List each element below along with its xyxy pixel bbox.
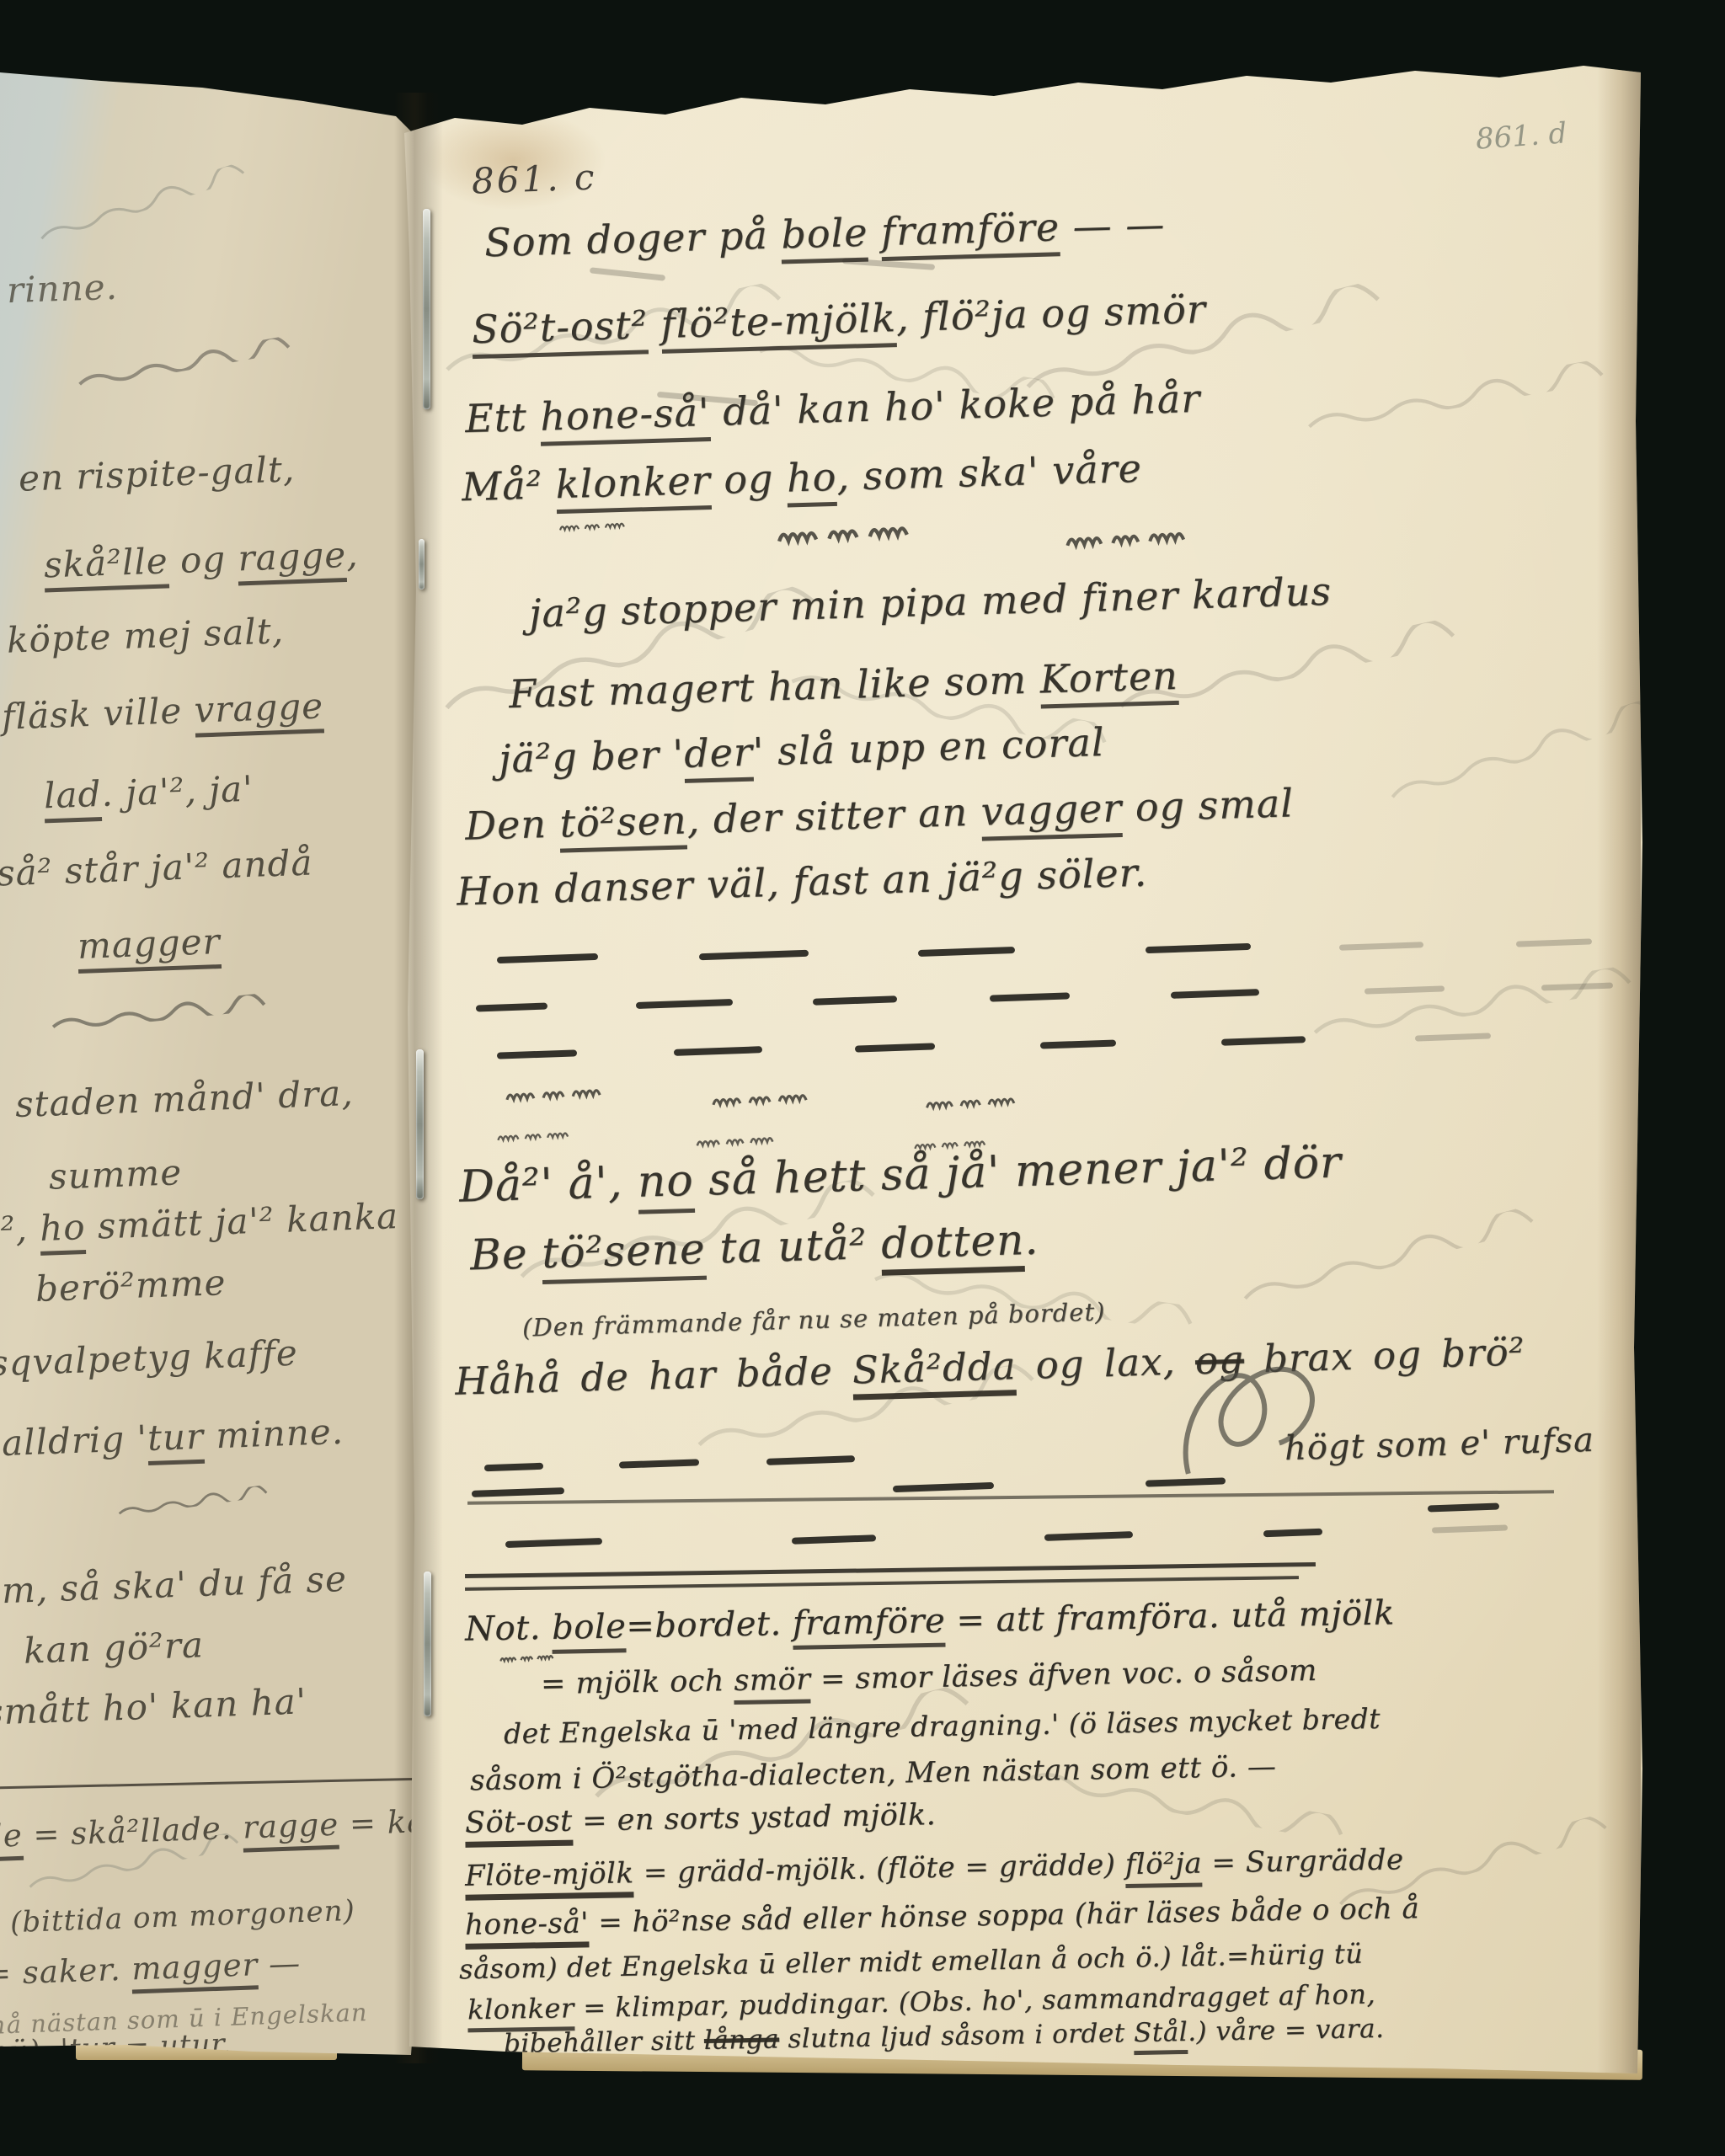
text-segment: = hö²nse såd eller hönse soppa (här läse… — [589, 1892, 1420, 1940]
manuscript-line: hem, så ska' du få se — [0, 1558, 348, 1613]
note-line: = mjölk och smör = smor läses äfven voc.… — [541, 1654, 1317, 1701]
underlined-word: magger — [77, 921, 221, 974]
underlined-word: no — [637, 1155, 695, 1214]
underlined-word: tö²sene — [542, 1225, 707, 1284]
underlined-word: vagger — [980, 785, 1123, 841]
note-line: hone-så' = hö²nse såd eller hönse soppa … — [465, 1892, 1420, 1942]
dash-mark — [792, 1534, 876, 1544]
manuscript-line: jä²g ber 'der' slå upp en coral — [498, 719, 1105, 782]
page-number-left: 861. c — [471, 156, 597, 201]
text-segment: . — [1023, 1215, 1039, 1264]
underlined-word: dotten — [880, 1215, 1025, 1276]
manuscript-line: Ett hone-så' då' kan ho' koke på hår — [464, 376, 1200, 441]
manuscript-line: summe — [48, 1151, 183, 1197]
squiggle-mark — [505, 1082, 607, 1103]
underlined-word: vragge — [194, 685, 324, 737]
text-segment: Ett — [464, 394, 541, 441]
underlined-word: ragge — [238, 534, 348, 585]
text-segment: , — [345, 533, 359, 574]
text-segment: og — [710, 456, 788, 504]
dash-mark — [636, 999, 733, 1009]
manuscript-line: Som doger på bole framföre — — — [483, 201, 1166, 266]
text-segment: ta utå² — [705, 1219, 882, 1273]
divider-rule — [467, 1490, 1554, 1505]
text-segment: (bittida om morgonen) — [9, 1894, 355, 1940]
manuscript-line: Håhå de har både Skå²dda og lax, og brax… — [455, 1329, 1526, 1403]
text-segment: så hett så jå' mener ja'² dör — [693, 1137, 1343, 1205]
struck-word: långa — [704, 2024, 780, 2056]
underlined-word: smör — [734, 1662, 811, 1705]
squiggle-mark — [499, 1652, 557, 1663]
dash-mark — [699, 950, 809, 961]
text-segment: slutna ljud såsom i ordet — [779, 2018, 1135, 2054]
text-segment: og smal — [1121, 780, 1294, 830]
manuscript-line: Den tö²sen, der sitter an vagger og smal — [464, 780, 1294, 848]
underlined-word: flö²te-mjölk — [660, 295, 897, 354]
underlined-word: lle — [0, 1817, 24, 1862]
dash-mark — [813, 995, 897, 1005]
manuscript-line: Må² klonker og ho, som ska' våre — [461, 446, 1142, 510]
dash-mark — [505, 1538, 602, 1548]
note-line: såsom) det Engelska ū eller midt emellan… — [459, 1938, 1364, 1986]
manuscript-line: Hon danser väl, fast an jä²g söler. — [456, 850, 1147, 915]
underlined-word: ragge — [242, 1806, 339, 1853]
dash-mark — [497, 1049, 577, 1059]
underlined-word: ho — [786, 454, 837, 508]
dash-mark — [1365, 985, 1445, 994]
text-segment: hem, så ska' du få se — [0, 1558, 348, 1613]
text-segment: = Surgrädde — [1202, 1843, 1404, 1880]
squiggle-mark — [712, 1087, 814, 1108]
manuscript-line: staden månd' dra, — [14, 1072, 354, 1125]
text-segment: Då²' å', — [458, 1157, 638, 1213]
manuscript-line: berö²mme — [35, 1262, 227, 1310]
text-segment: ' slå upp en coral — [752, 719, 1105, 775]
text-segment: = en sorts ystad mjölk. — [572, 1798, 936, 1838]
note-line: det Engelska ū 'med längre dragning.' (ö… — [504, 1702, 1381, 1750]
dash-mark — [893, 1482, 994, 1492]
text-segment: smått ho' kan ha' — [0, 1680, 307, 1732]
text-segment: ja²g stopper min pipa med finer kardus — [528, 568, 1332, 637]
dash-mark — [1428, 1503, 1499, 1513]
dash-mark — [766, 1455, 855, 1465]
staple-pin — [424, 1572, 431, 1716]
manuscript-line: kan gö²ra — [23, 1624, 205, 1671]
manuscript-line: rinne. — [6, 266, 118, 312]
pencil-squiggle-mark — [51, 992, 270, 1032]
divider-rule — [0, 1778, 430, 1790]
text-segment: smätt ja'² kanka — [85, 1195, 399, 1247]
underlined-word: tö²sen — [559, 797, 688, 852]
text-segment: å'², — [0, 1208, 40, 1251]
text-segment: og — [168, 537, 239, 581]
underlined-word: Stål — [1134, 2017, 1188, 2055]
text-segment: = grädd-mjölk. (flöte = grädde) — [633, 1848, 1125, 1890]
squiggle-mark — [1065, 524, 1192, 551]
dash-mark — [484, 1463, 543, 1471]
text-segment: Be — [469, 1229, 542, 1279]
scanned-manuscript-page: { "labels": { "page_left": "861. c", "pa… — [0, 0, 1725, 2156]
squiggle-mark — [777, 518, 916, 547]
text-segment: (Den främmande får nu se maten på bordet… — [522, 1297, 1106, 1342]
underlined-word: tur — [147, 1416, 205, 1465]
manuscript-line: Sö²t-ost² flö²te-mjölk, flö²ja og smör — [471, 286, 1206, 352]
bleed-squiggle-mark — [1310, 964, 1638, 1041]
underlined-word: Korten — [1039, 653, 1179, 709]
dash-mark — [472, 1487, 564, 1497]
dash-mark — [918, 947, 1015, 957]
underlined-word: lad — [43, 773, 102, 823]
text-segment: — — — [1059, 201, 1166, 249]
dash-mark — [674, 1046, 762, 1056]
dash-mark — [855, 1043, 935, 1052]
underlined-word: Sö²t-ost² — [471, 302, 649, 359]
dash-mark — [476, 1003, 547, 1012]
text-segment — [868, 209, 882, 254]
manuscript-line: (bittida om morgonen) — [9, 1894, 355, 1940]
manuscript-line: sqvalpetyg kaffe — [0, 1332, 298, 1385]
text-segment: = smor läses äfven voc. o såsom — [810, 1654, 1317, 1696]
manuscript-line: alldrig 'tur minne. — [1, 1411, 344, 1464]
text-segment: sqvalpetyg kaffe — [0, 1332, 298, 1385]
text-segment — [647, 302, 661, 347]
dash-mark — [1415, 1033, 1491, 1041]
double-rule-top — [465, 1562, 1316, 1578]
page-number-right: 861. d — [1475, 116, 1568, 156]
text-segment: högt som e' rufsa — [1284, 1421, 1594, 1468]
dash-mark — [1040, 1039, 1116, 1049]
text-segment: , der sitter an — [686, 789, 982, 843]
manuscript-line: = saker. magger — — [0, 1945, 302, 1992]
underlined-word: hone-så' — [540, 389, 711, 446]
manuscript-line: Då²' å', no så hett så jå' mener ja'² dö… — [458, 1137, 1342, 1212]
dash-mark — [1171, 989, 1259, 999]
pencil-squiggle-mark — [117, 1484, 270, 1517]
dash-mark — [990, 992, 1070, 1001]
dash-mark — [619, 1459, 699, 1468]
text-segment: berö²mme — [35, 1262, 227, 1310]
text-segment: = mjölk och — [541, 1664, 734, 1701]
text-segment: alldrig ' — [1, 1417, 148, 1464]
text-segment: — — [258, 1945, 302, 1983]
text-segment: såsom) det Engelska ū eller midt emellan… — [459, 1938, 1364, 1986]
underlined-word: der — [683, 729, 753, 783]
manuscript-line: högt som e' rufsa — [1284, 1421, 1594, 1468]
manuscript-line: lad. ja'², ja' — [43, 768, 254, 817]
squiggle-mark — [497, 1127, 574, 1143]
manuscript-line: fläsk ville vragge — [1, 685, 324, 737]
underlined-word: hone-så' — [465, 1906, 590, 1950]
text-segment: rinne. — [6, 266, 118, 312]
text-segment: fläsk ville — [1, 690, 195, 738]
staple-pin — [416, 1049, 424, 1199]
stage-direction-line: (Den främmande får nu se maten på bordet… — [522, 1297, 1106, 1342]
text-segment: en rispite-galt, — [18, 448, 296, 499]
text-segment: =bordet. — [626, 1604, 793, 1646]
text-segment: , som ska' våre — [836, 446, 1143, 499]
dash-mark — [1044, 1531, 1133, 1541]
text-segment: = saker. — [0, 1951, 132, 1992]
note-line: Söt-ost = en sorts ystad mjölk. — [465, 1798, 937, 1840]
text-segment: Hon danser väl, fast an jä²g söler. — [456, 850, 1147, 915]
manuscript-line: å'², ho smätt ja'² kanka — [0, 1195, 399, 1251]
pencil-squiggle-mark — [76, 335, 295, 390]
manuscript-line: så² står ja'² andå — [0, 841, 313, 894]
note-line: Not. bole=bordet. framföre = att framför… — [465, 1593, 1395, 1648]
text-segment: og lax, — [1016, 1338, 1196, 1388]
underlined-word: bole — [552, 1607, 627, 1654]
text-segment: minne. — [203, 1411, 344, 1457]
note-line: Flöte-mjölk = grädd-mjölk. (flöte = gräd… — [465, 1843, 1404, 1892]
squiggle-mark — [925, 1091, 1020, 1112]
text-segment: så² står ja'² andå — [0, 841, 313, 894]
staple-pin — [423, 209, 430, 409]
squiggle-mark — [696, 1132, 778, 1150]
underlined-word: framföre — [880, 204, 1060, 261]
text-segment: Som doger på — [483, 211, 782, 265]
double-rule-bottom — [465, 1576, 1299, 1591]
underlined-word: klonker — [555, 457, 712, 514]
manuscript-line: ja²g stopper min pipa med finer kardus — [528, 568, 1332, 637]
dash-mark — [1516, 938, 1592, 947]
text-segment: jä²g ber ' — [498, 731, 685, 782]
text-segment: det Engelska ū 'med längre dragning.' (ö… — [504, 1702, 1381, 1750]
text-segment: Må² — [461, 462, 556, 510]
underlined-word: magger — [131, 1946, 259, 1993]
dash-mark — [1339, 942, 1423, 950]
text-segment: . ja'², ja' — [101, 768, 254, 814]
text-segment: , flö²ja og smör — [895, 286, 1206, 340]
underlined-word: skå²lle — [43, 540, 169, 592]
squiggle-mark — [558, 518, 628, 532]
bleed-squiggle-mark — [1304, 358, 1610, 435]
text-segment: = skå²llade. — [22, 1810, 243, 1854]
bleed-squiggle-mark — [36, 160, 249, 243]
text-segment: .) våre = vara. — [1188, 2014, 1385, 2047]
underlined-word: klonker — [467, 1992, 574, 2032]
underlined-word: Söt-ost — [465, 1805, 573, 1848]
underlined-word: flö²ja — [1124, 1846, 1202, 1888]
dash-mark — [497, 953, 598, 963]
text-segment: Den — [464, 801, 560, 849]
manuscript-line: skå²lle og ragge, — [43, 533, 359, 585]
underlined-word: ho — [39, 1206, 86, 1256]
bleed-squiggle-mark — [1239, 1203, 1541, 1305]
manuscript-line: magger — [77, 921, 221, 967]
dash-mark — [1263, 1529, 1322, 1537]
text-segment: köpte mej salt, — [6, 610, 285, 660]
text-segment: Håhå de har både — [455, 1348, 853, 1404]
manuscript-line: Be tö²sene ta utå² dotten. — [469, 1215, 1039, 1280]
dash-mark — [1221, 1036, 1306, 1045]
underlined-word: bole — [781, 210, 869, 264]
dash-mark — [1432, 1524, 1508, 1533]
underlined-word: Flöte-mjölk — [465, 1856, 634, 1900]
pencil-smudge-mark — [590, 267, 665, 280]
manuscript-line: en rispite-galt, — [18, 448, 296, 499]
text-segment: kan gö²ra — [23, 1624, 205, 1671]
text-segment: Not. — [465, 1609, 553, 1649]
dash-mark — [1146, 943, 1251, 953]
manuscript-line: smått ho' kan ha' — [0, 1680, 307, 1732]
text-segment: då' kan ho' koke på hår — [709, 376, 1201, 435]
text-segment: hü). ' — [0, 2033, 70, 2069]
text-segment: staden månd' dra, — [14, 1072, 354, 1125]
text-segment: summe — [48, 1151, 183, 1197]
text-segment: = att framföra. utå mjölk — [945, 1593, 1395, 1640]
underlined-word: Skå²dda — [852, 1343, 1017, 1400]
manuscript-line: köpte mej salt, — [6, 610, 285, 660]
underlined-word: framföre — [792, 1602, 945, 1650]
staple-pin — [419, 539, 425, 590]
